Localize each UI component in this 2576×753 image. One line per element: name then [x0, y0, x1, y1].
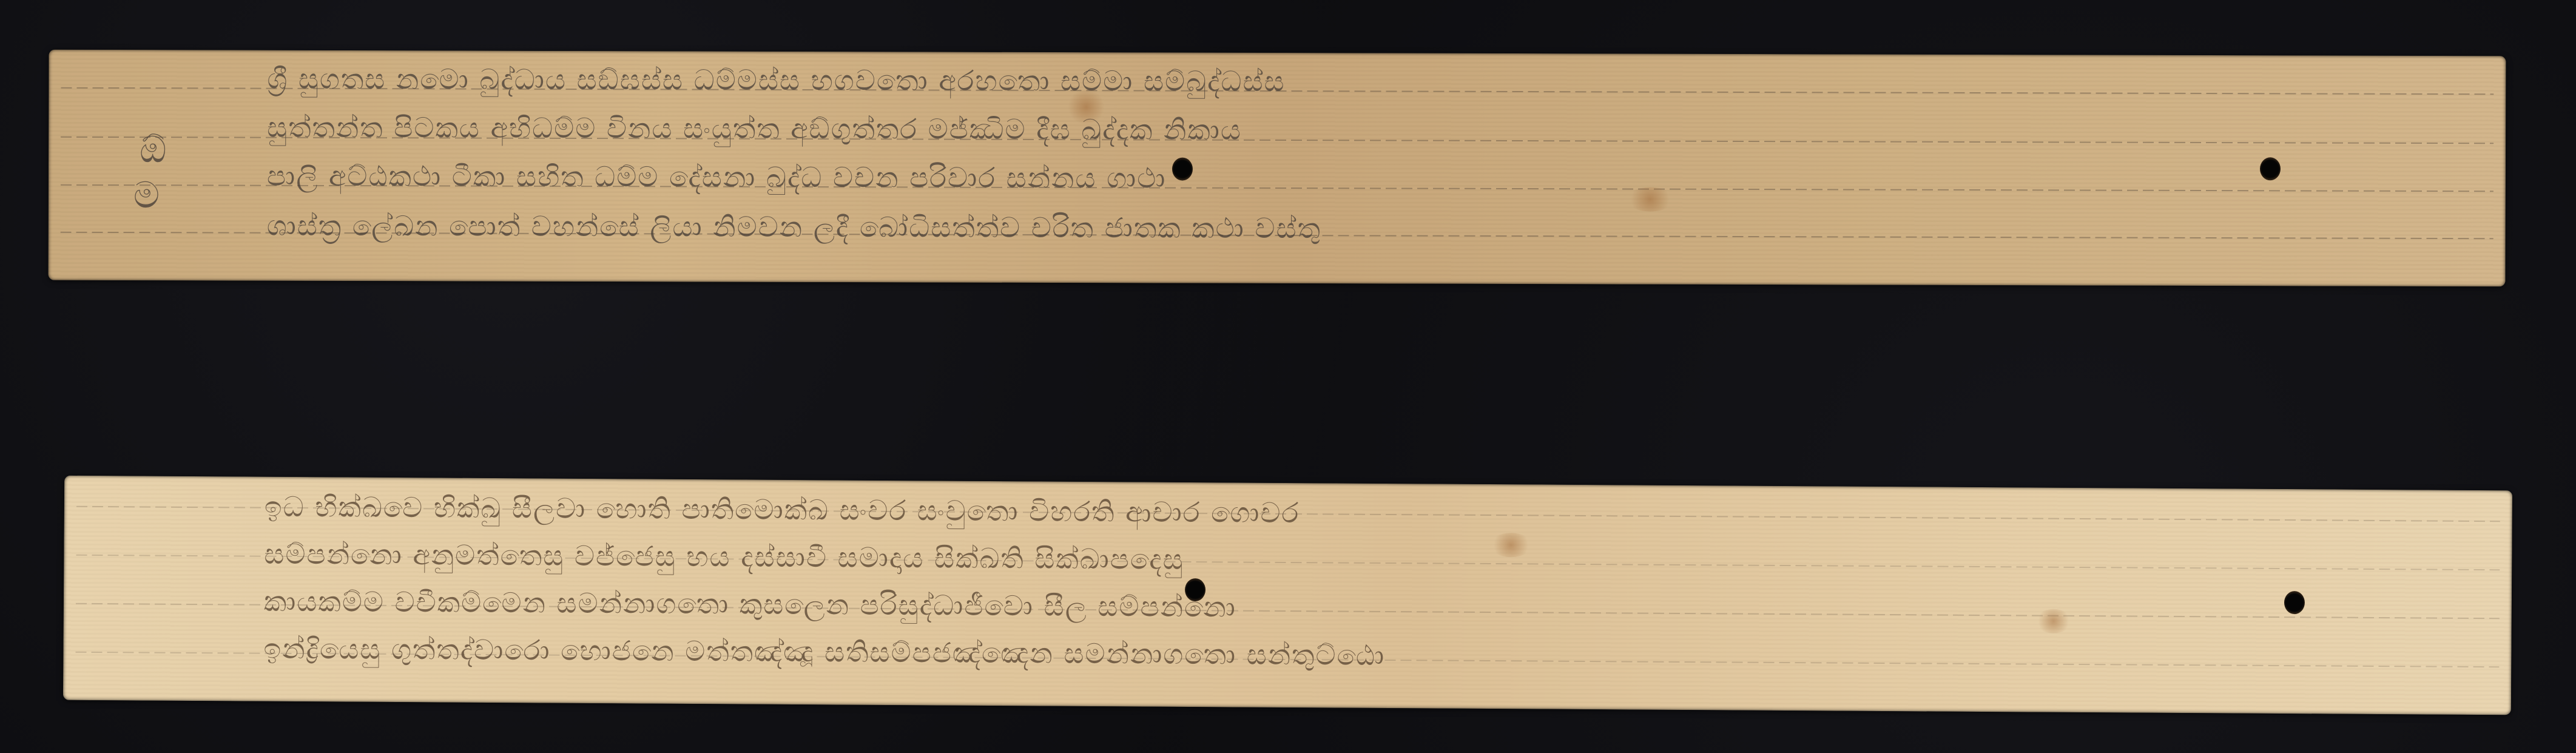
manuscript-text-line: කායකම්ම වචීකම්මෙන සමන්නාගතො කුසලෙන පරිසු…: [264, 585, 1236, 625]
stain: [2035, 609, 2072, 633]
manuscript-text-line: ශ්‍රී සුගතස නමො බුද්ධාය සඞ්ඝස්ස ධම්මස්ස …: [267, 62, 1285, 99]
binding-hole: [1185, 578, 1205, 601]
stain: [1489, 533, 1532, 557]
manuscript-text-line: ඉධ භික්ඛවෙ භික්ඛු සීලවා හොති පාතිමොක්ඛ ස…: [265, 490, 1300, 530]
palm-leaf-manuscript-lower: ඉධ භික්ඛවෙ භික්ඛු සීලවා හොති පාතිමොක්ඛ ස…: [63, 476, 2512, 715]
folio-numeral: ඕ: [140, 129, 167, 171]
folio-numeral: ම: [133, 174, 160, 217]
manuscript-text-line: ඉන්ද්‍රියෙසු ගුත්තද්වාරො භොජනෙ මත්තඤ්ඤූ …: [263, 632, 1385, 673]
manuscript-text-line: ශාස්ත්‍ර ලේඛන පොත් වහන්සේ ලියා නිමවන ලදී…: [267, 209, 1321, 246]
manuscript-text-line: සම්පන්නො අනුමත්තෙසු වජ්ජෙසු භය දස්සාවී ස…: [264, 538, 1184, 577]
stain: [1068, 89, 1104, 125]
manuscript-text-line: පාලි අට්ඨකථා ටීකා සහිත ධම්ම දේසනා බුද්ධ …: [267, 160, 1167, 196]
binding-hole: [2260, 157, 2281, 180]
stain: [1626, 187, 1674, 212]
binding-hole: [1172, 158, 1193, 181]
binding-hole: [2284, 591, 2305, 614]
palm-leaf-manuscript-upper: ඕ ම ශ්‍රී සුගතස නමො බුද්ධාය සඞ්ඝස්ස ධම්ම…: [49, 50, 2506, 287]
